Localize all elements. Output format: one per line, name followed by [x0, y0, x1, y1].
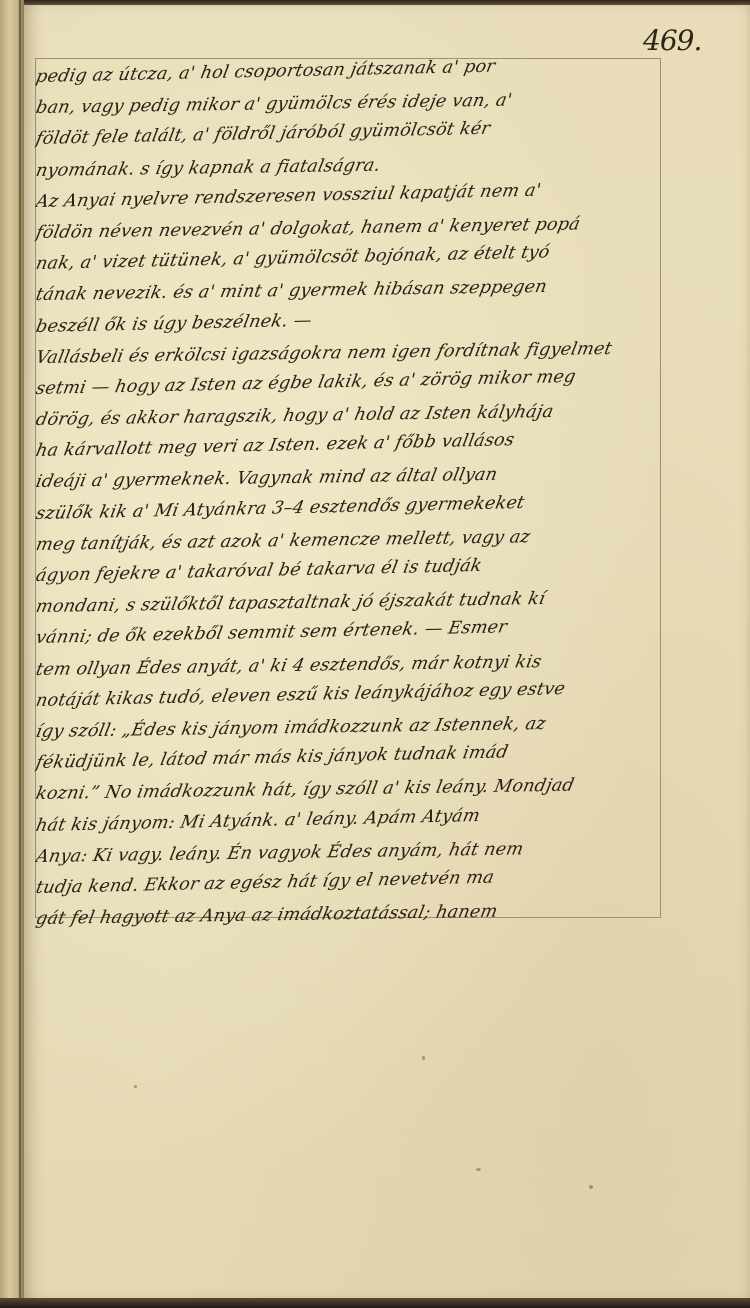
paper-speck	[134, 1085, 137, 1088]
handwritten-text-block: pedig az útcza, a' hol csoportosan játsz…	[36, 62, 658, 935]
book-binding-gutter	[0, 0, 24, 1308]
paper-speck	[422, 1056, 425, 1060]
paper-speck	[589, 1185, 593, 1189]
gutter-shadow-line	[19, 0, 21, 1308]
paper-speck	[476, 1168, 481, 1171]
book-bottom-edge	[0, 1298, 750, 1308]
scanned-manuscript-view: 469. pedig az útcza, a' hol csoportosan …	[0, 0, 750, 1308]
